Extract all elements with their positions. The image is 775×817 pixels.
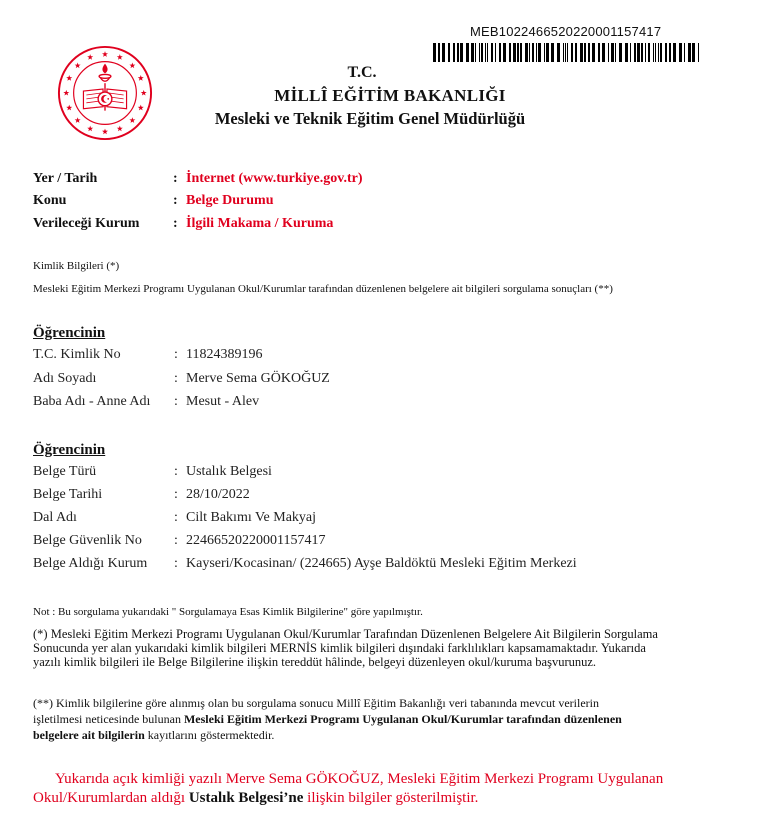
meta-value: İnternet (www.turkiye.gov.tr) (186, 171, 363, 187)
query-note: Not : Bu sorgulama yukarıdaki " Sorgulam… (33, 606, 423, 618)
query-description: Mesleki Eğitim Merkezi Programı Uygulana… (33, 283, 613, 295)
meta-label: Verileceği Kurum (33, 216, 139, 232)
meta-label: Yer / Tarih (33, 171, 97, 187)
meb-logo-icon (56, 44, 154, 142)
barcode-icon (433, 43, 699, 62)
certificate-section-title: Öğrencinin (33, 442, 105, 459)
header-tc: T.C. (262, 64, 462, 82)
identity-label: Kimlik Bilgileri (*) (33, 260, 119, 272)
footnote-1: (*) Mesleki Eğitim Merkezi Programı Uygu… (33, 627, 753, 669)
conclusion-statement: Yukarıda açık kimliği yazılı Merve Sema … (33, 770, 753, 808)
meta-value: Belge Durumu (186, 193, 274, 209)
header-ministry: MİLLÎ EĞİTİM BAKANLIĞI (190, 86, 590, 106)
barcode-number: MEB1022466520220001157417 (470, 24, 670, 39)
meta-value: İlgili Makama / Kuruma (186, 216, 333, 232)
meta-label: Konu (33, 193, 66, 209)
student-section-title: Öğrencinin (33, 325, 105, 342)
footnote-2: (**) Kimlik bilgilerine göre alınmış ola… (33, 695, 753, 743)
header-directorate: Mesleki ve Teknik Eğitim Genel Müdürlüğü (170, 109, 570, 129)
